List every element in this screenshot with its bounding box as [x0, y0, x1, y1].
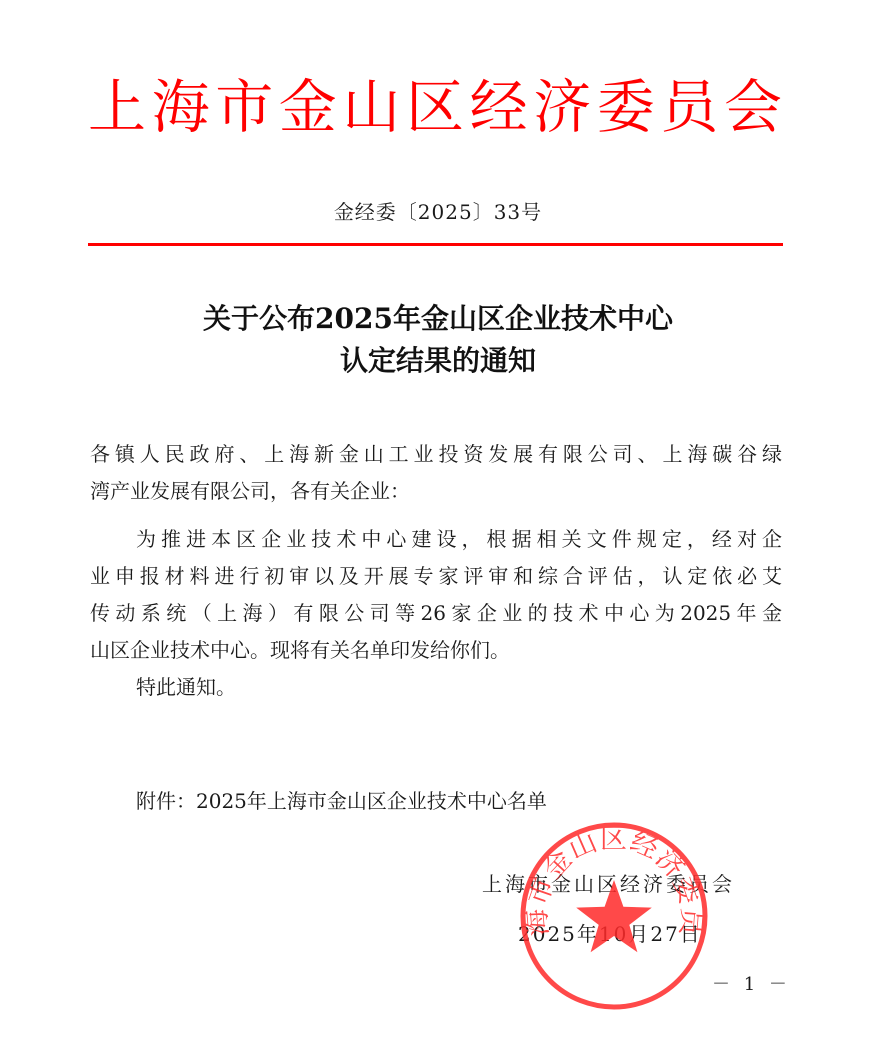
closing-line: 特此通知。	[90, 669, 782, 706]
addressee-line: 各镇人民政府、上海新金山工业投资发展有限公司、上海碳谷绿	[90, 436, 782, 473]
document-number: 金经委〔2025〕33号	[0, 196, 876, 225]
attachment-block: 附件：2025年上海市金山区企业技术中心名单	[90, 783, 782, 820]
page-number: － 1 －	[712, 970, 791, 996]
notice-title: 关于公布2025年金山区企业技术中心 认定结果的通知	[0, 298, 876, 382]
body-paragraph: 为推进本区企业技术中心建设，根据相关文件规定，经对企 业申报材料进行初审以及开展…	[90, 521, 782, 706]
official-seal: 上海市金山区经济委员会	[518, 820, 710, 1012]
body-line: 山区企业技术中心。现将有关名单印发给你们。	[90, 632, 782, 669]
body-line: 传动系统（上海）有限公司等26家企业的技术中心为2025年金	[90, 595, 782, 632]
red-divider-rule	[88, 243, 783, 246]
document-page: 上海市金山区经济委员会 金经委〔2025〕33号 关于公布2025年金山区企业技…	[0, 0, 876, 1047]
addressee-block: 各镇人民政府、上海新金山工业投资发展有限公司、上海碳谷绿 湾产业发展有限公司，各…	[90, 436, 782, 510]
issue-date: 2025年10月27日	[518, 918, 702, 947]
addressee-line: 湾产业发展有限公司，各有关企业：	[90, 473, 782, 510]
body-line: 业申报材料进行初审以及开展专家评审和综合评估，认定依必艾	[90, 558, 782, 595]
issuer-signature: 上海市金山区经济委员会	[482, 868, 735, 897]
body-line: 为推进本区企业技术中心建设，根据相关文件规定，经对企	[90, 521, 782, 558]
title-line: 关于公布2025年金山区企业技术中心	[0, 298, 876, 340]
attachment-line: 附件：2025年上海市金山区企业技术中心名单	[90, 783, 782, 820]
title-line: 认定结果的通知	[0, 340, 876, 382]
masthead-title: 上海市金山区经济委员会	[88, 72, 784, 142]
